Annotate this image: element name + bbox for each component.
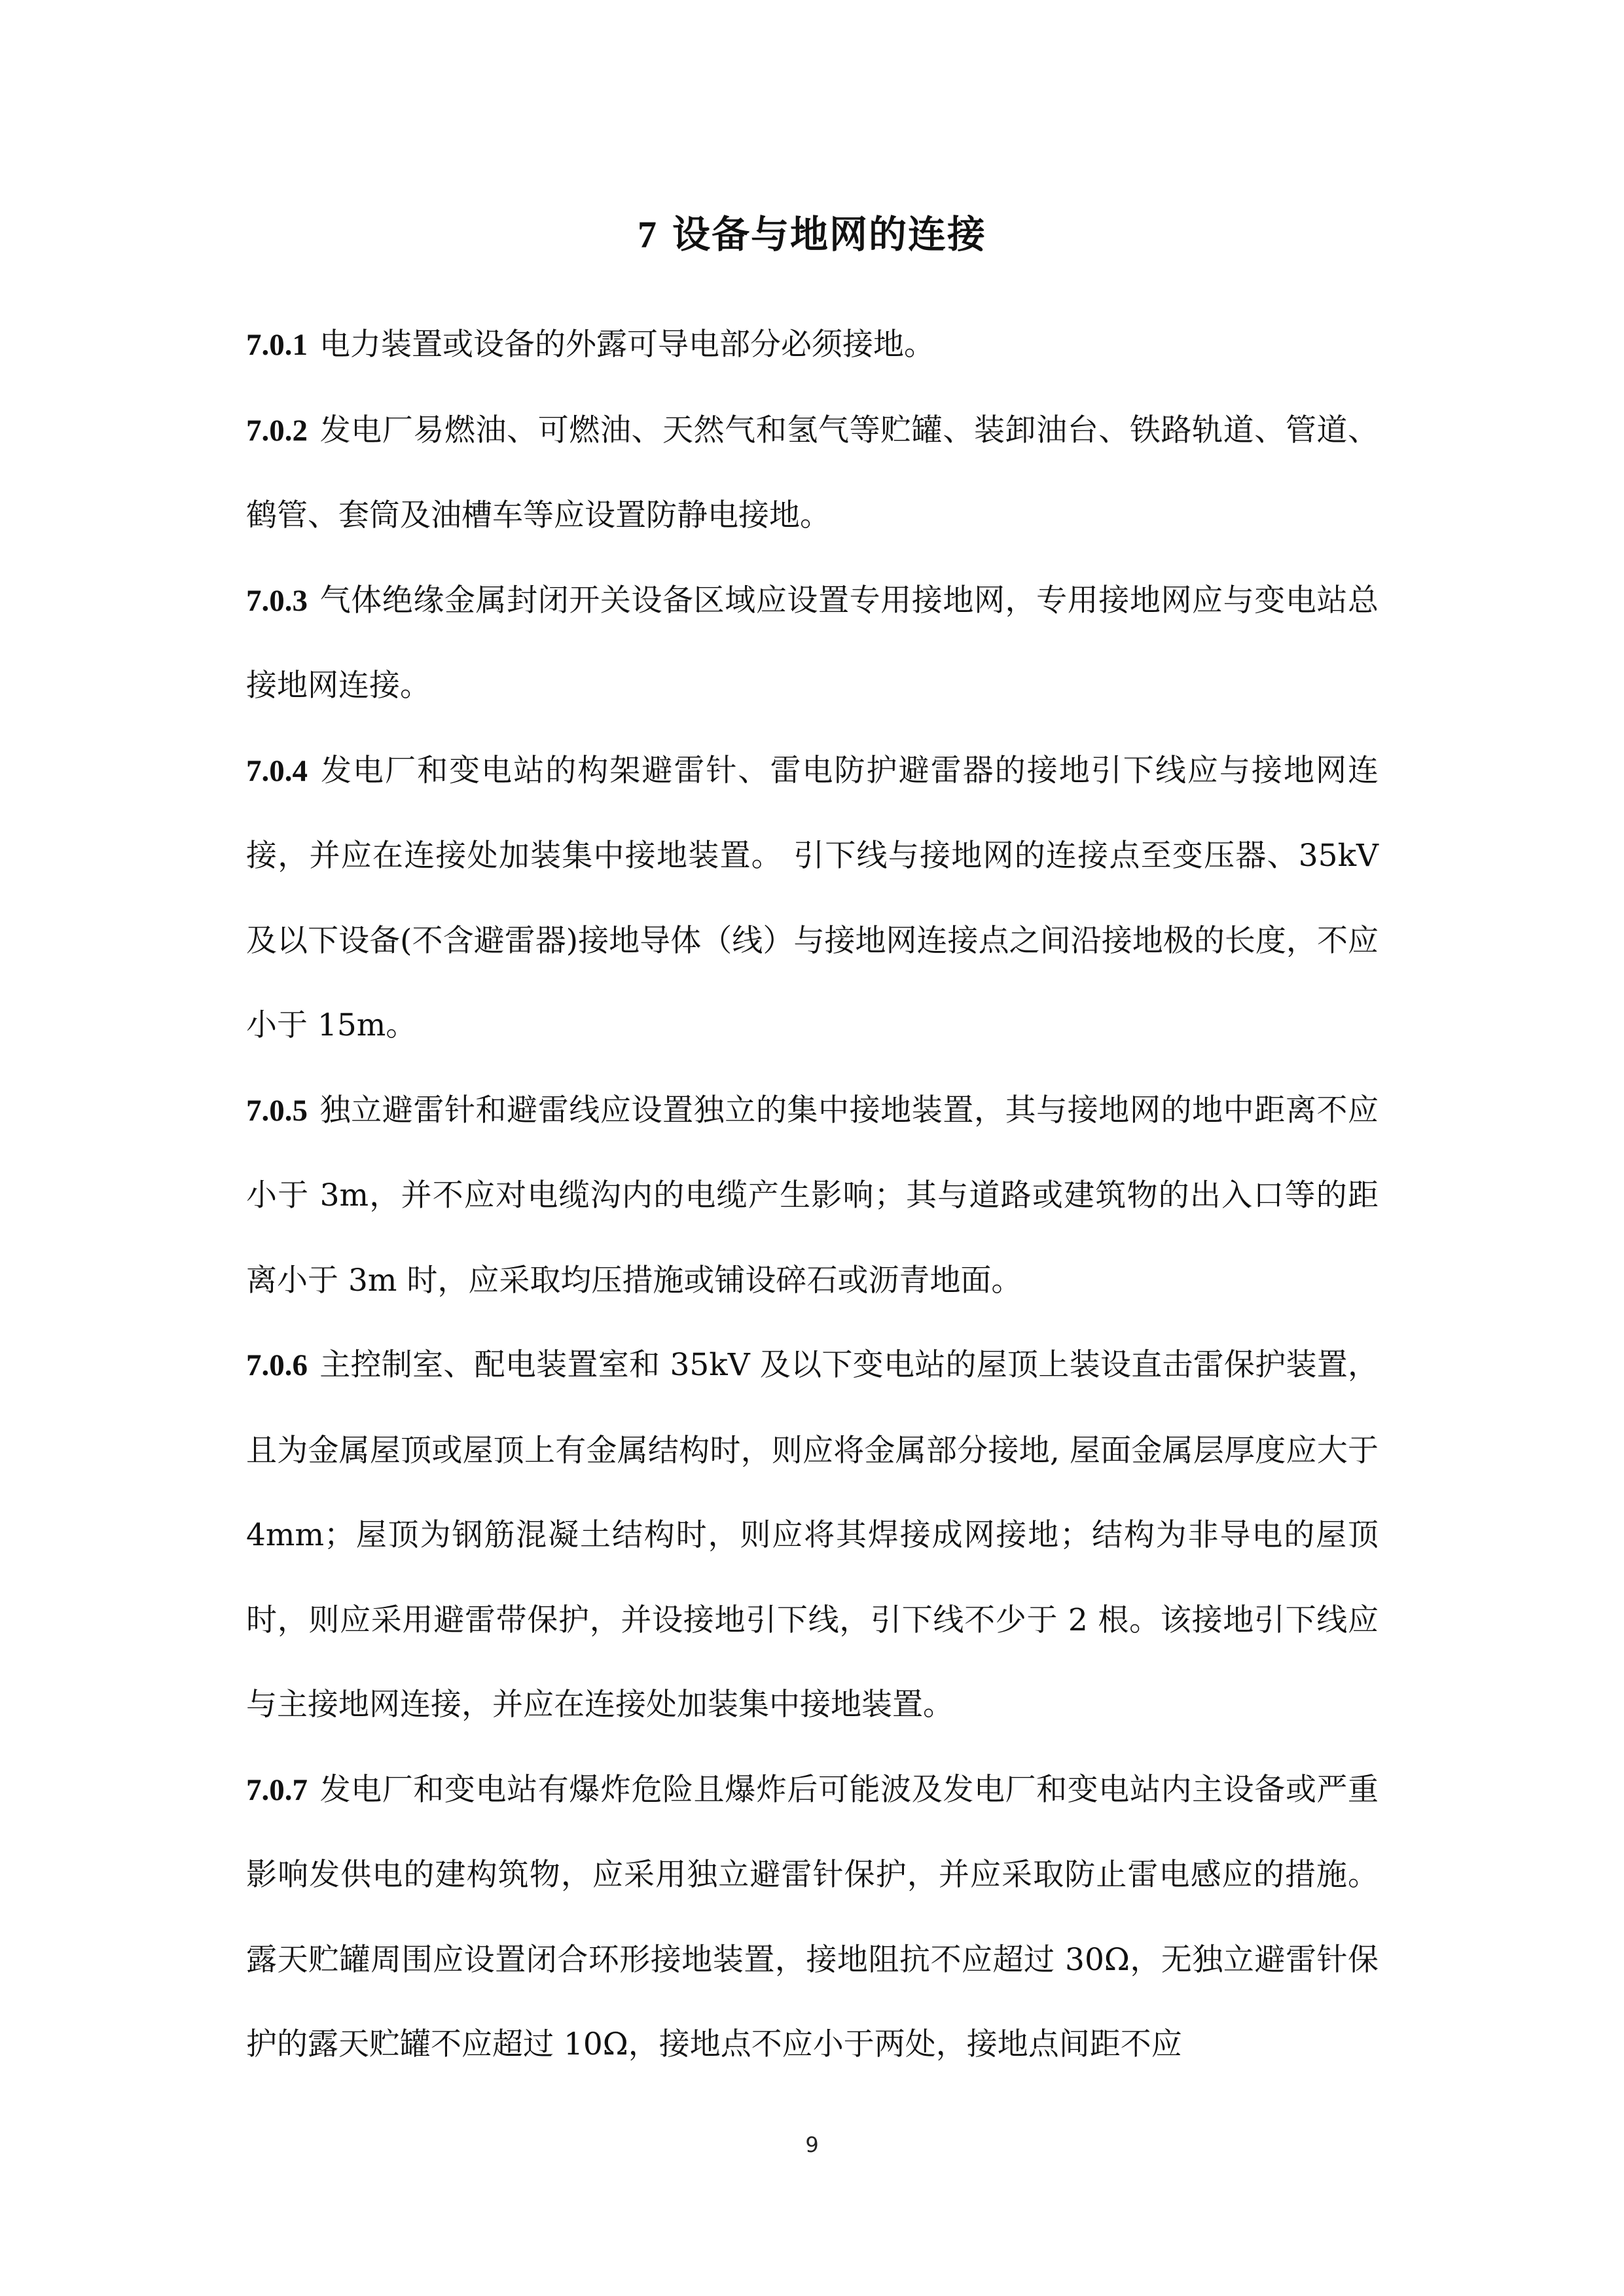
page-number: 9 — [0, 2132, 1624, 2157]
clause-id: 7.0.7 — [246, 1773, 308, 1807]
clause-7-0-3: 7.0.3气体绝缘金属封闭开关设备区域应设置专用接地网，专用接地网应与变电站总接… — [246, 558, 1379, 728]
clause-id: 7.0.4 — [246, 754, 308, 788]
clause-id: 7.0.2 — [246, 414, 308, 448]
clause-7-0-1: 7.0.1电力装置或设备的外露可导电部分必须接地。 — [246, 302, 1379, 388]
clause-id: 7.0.5 — [246, 1094, 308, 1128]
clause-text: 电力装置或设备的外露可导电部分必须接地。 — [319, 327, 935, 363]
document-page: 7设备与地网的连接 7.0.1电力装置或设备的外露可导电部分必须接地。 7.0.… — [0, 0, 1624, 2296]
clause-text: 气体绝缘金属封闭开关设备区域应设置专用接地网，专用接地网应与变电站总接地网连接。 — [246, 583, 1379, 704]
clause-text: 独立避雷针和避雷线应设置独立的集中接地装置，其与接地网的地中距离不应小于 3m，… — [246, 1092, 1379, 1299]
clause-text: 发电厂和变电站有爆炸危险且爆炸后可能波及发电厂和变电站内主设备或严重影响发供电的… — [246, 1772, 1379, 2063]
clause-7-0-2: 7.0.2发电厂易燃油、可燃油、天然气和氢气等贮罐、装卸油台、铁路轨道、管道、鹤… — [246, 388, 1379, 558]
clause-7-0-4: 7.0.4发电厂和变电站的构架避雷针、雷电防护避雷器的接地引下线应与接地网连接，… — [246, 728, 1379, 1068]
clause-id: 7.0.6 — [246, 1348, 308, 1382]
clause-7-0-5: 7.0.5独立避雷针和避雷线应设置独立的集中接地装置，其与接地网的地中距离不应小… — [246, 1068, 1379, 1323]
clause-text: 发电厂易燃油、可燃油、天然气和氢气等贮罐、装卸油台、铁路轨道、管道、鹤管、套筒及… — [246, 412, 1379, 534]
chapter-heading: 7设备与地网的连接 — [0, 208, 1624, 261]
chapter-title: 设备与地网的连接 — [672, 212, 986, 257]
clause-text: 主控制室、配电装置室和 35kV 及以下变电站的屋顶上装设直击雷保护装置，且为金… — [246, 1347, 1379, 1723]
clause-id: 7.0.3 — [246, 584, 308, 618]
clause-7-0-7: 7.0.7发电厂和变电站有爆炸危险且爆炸后可能波及发电厂和变电站内主设备或严重影… — [246, 1748, 1379, 2087]
clause-list: 7.0.1电力装置或设备的外露可导电部分必须接地。 7.0.2发电厂易燃油、可燃… — [246, 302, 1379, 2087]
clause-text: 发电厂和变电站的构架避雷针、雷电防护避雷器的接地引下线应与接地网连接，并应在连接… — [246, 753, 1379, 1044]
clause-id: 7.0.1 — [246, 328, 308, 362]
clause-7-0-6: 7.0.6主控制室、配电装置室和 35kV 及以下变电站的屋顶上装设直击雷保护装… — [246, 1323, 1379, 1748]
chapter-number: 7 — [638, 213, 658, 256]
